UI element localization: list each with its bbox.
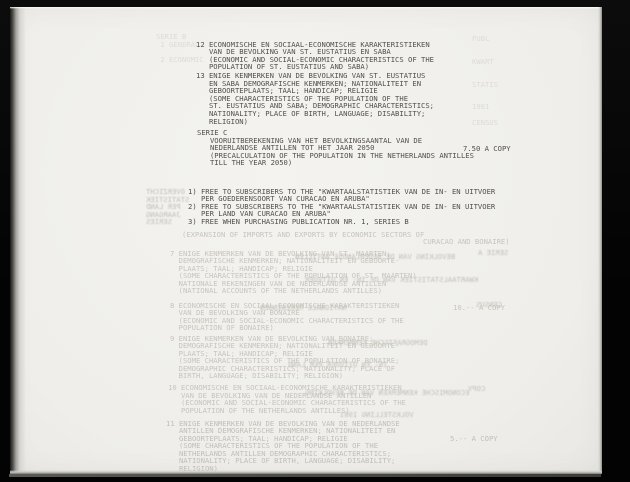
bleedthrough-mirrored-fragment: CENSUS <box>476 301 502 309</box>
bleedthrough-mirrored-fragment: KWARTAALSTATISTIEK VAN DE IN- EN UITVOER <box>305 276 478 284</box>
bleedthrough-mirrored-fragment: BEVOLKING VAN DE NEDERLANDSE ANTILLEN <box>295 253 455 261</box>
bleedthrough-mirrored-fragment: COPY <box>468 385 485 393</box>
subscription-footnotes: 1) FREE TO SUBSCRIBERS TO THE "KWARTAALS… <box>188 188 495 226</box>
bleedthrough-price: 5.-- A COPY <box>450 435 498 443</box>
book-spine-shadow <box>10 7 26 474</box>
scan-background: SERIE B 1 GENERAL 2 ECONOMIC PUBL KWART … <box>0 0 630 482</box>
bleedthrough-paragraph: (EXPANSION OF IMPORTS AND EXPORTS BY ECO… <box>182 231 424 239</box>
page-sheet: SERIE B 1 GENERAL 2 ECONOMIC PUBL KWART … <box>10 7 602 474</box>
bleedthrough-mirrored-fragment: DEMOGRAFISCHE KENMERKEN <box>328 339 428 347</box>
bleedthrough-mirrored-fragment: SERIE A <box>478 249 508 257</box>
catalog-item-12: 12 ECONOMISCHE EN SOCIAAL-ECONOMISCHE KA… <box>196 41 434 71</box>
page-edge-top <box>10 7 602 9</box>
page-edge-right <box>598 7 602 474</box>
bleedthrough-margin-fragment: SERIES <box>146 218 172 226</box>
bleedthrough-right-margin: PUBL KWART STATIS 1981 CENSUS <box>472 35 498 126</box>
bleedthrough-mirrored-fragment: ECONOMISCHE KENMERKEN VAN DE BEVOLKING <box>305 389 469 397</box>
bleedthrough-paragraph: 11 ENIGE KENMERKEN VAN DE BEVOLKING VAN … <box>166 420 400 473</box>
catalog-item-13: 13 ENIGE KENMERKEN VAN DE BEVOLKING VAN … <box>196 72 434 125</box>
bleedthrough-paragraph: CURACAO AND BONAIRE) <box>423 238 510 246</box>
underlying-page-edge <box>9 474 601 477</box>
bleedthrough-mirrored-fragment: NATIONALE REKENINGEN <box>260 304 347 312</box>
series-c-entry: SERIE C VOORUITBEREKENING VAN HET BEVOLK… <box>197 129 474 167</box>
bleedthrough-mirrored-fragment: VOLKSTELLING 1981 <box>340 411 414 419</box>
price-per-copy: 7.50 A COPY <box>463 145 511 153</box>
bleedthrough-mirrored-fragment: IN- EN UITVOER PER LAND <box>288 361 388 369</box>
